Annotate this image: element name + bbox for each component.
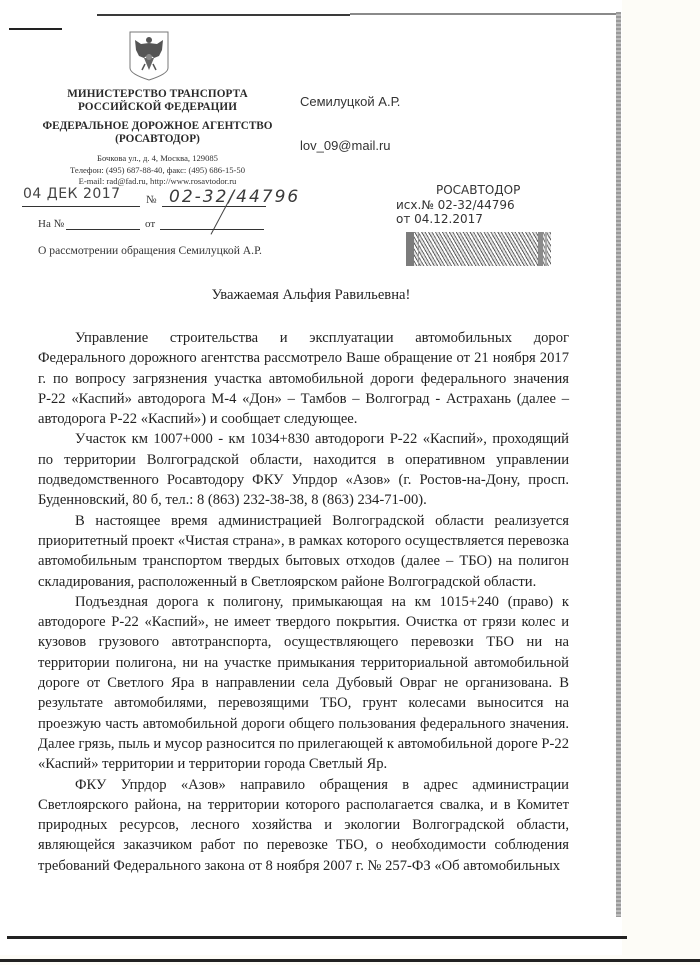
- letter-page: МИНИСТЕРСТВО ТРАНСПОРТА РОССИЙСКОЙ ФЕДЕР…: [0, 0, 622, 955]
- reply-to-label: На №: [38, 218, 64, 230]
- ministry-name: МИНИСТЕРСТВО ТРАНСПОРТА РОССИЙСКОЙ ФЕДЕР…: [30, 88, 285, 114]
- date-underline: [22, 206, 140, 207]
- scan-edge-line: [350, 13, 621, 15]
- number-label: №: [146, 194, 157, 206]
- scan-edge-shadow: [616, 12, 621, 917]
- agency-phone: Телефон: (495) 687-88-40, факс: (495) 68…: [30, 165, 285, 177]
- paragraph: ФКУ Упрдор «Азов» направило обращения в …: [38, 775, 569, 876]
- registration-stamp: РОСАВТОДОР исх.№ 02-32/44796 от 04.12.20…: [396, 183, 520, 227]
- recipient-email: lov_09@mail.ru: [300, 138, 391, 153]
- scan-edge-line: [97, 14, 350, 16]
- paragraph: Подъездная дорога к полигону, примыкающа…: [38, 592, 569, 775]
- agency-address: Бочкова ул., д. 4, Москва, 129085: [30, 153, 285, 165]
- scan-edge-line: [0, 959, 700, 962]
- stamp-number: исх.№ 02-32/44796: [396, 198, 520, 213]
- recipient-name: Семилуцкой А.Р.: [300, 94, 400, 109]
- letter-body: Управление строительства и эксплуатации …: [38, 328, 569, 876]
- agency-name: ФЕДЕРАЛЬНОЕ ДОРОЖНОЕ АГЕНТСТВО (РОСАВТОД…: [30, 120, 285, 146]
- barcode-icon: [406, 232, 551, 266]
- paragraph: В настоящее время администрацией Волгогр…: [38, 511, 569, 592]
- stamp-org: РОСАВТОДОР: [396, 183, 520, 198]
- agency-contacts: Бочкова ул., д. 4, Москва, 129085 Телефо…: [30, 153, 285, 188]
- reply-date-underline: [160, 229, 264, 230]
- stamp-date: от 04.12.2017: [396, 212, 520, 227]
- letter-subject: О рассмотрении обращения Семилуцкой А.Р.: [38, 244, 262, 257]
- reply-number-underline: [66, 229, 140, 230]
- corner-mark: [9, 28, 62, 30]
- paragraph: Управление строительства и эксплуатации …: [38, 328, 569, 429]
- salutation: Уважаемая Альфия Равильевна!: [0, 287, 622, 304]
- outgoing-number-handwritten: 02-32/44796: [169, 187, 300, 207]
- scan-edge-line: [7, 936, 627, 939]
- reply-from-label: от: [145, 218, 155, 230]
- coat-of-arms-icon: [127, 30, 171, 82]
- outgoing-date-stamp: 04 ДЕК 2017: [23, 186, 121, 202]
- paragraph: Участок км 1007+000 - км 1034+830 автодо…: [38, 429, 569, 510]
